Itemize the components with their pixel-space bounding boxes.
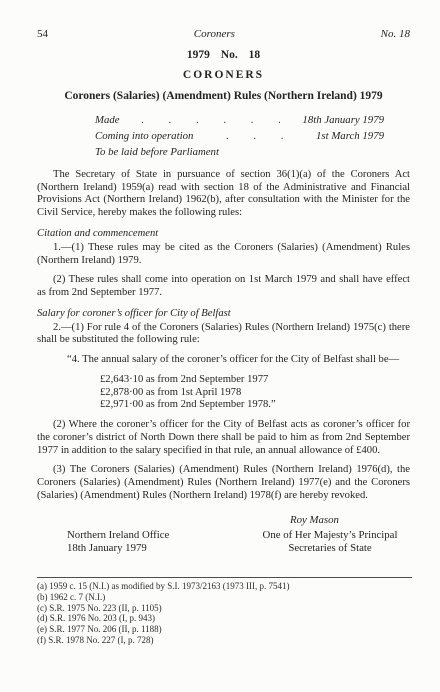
issuing-office: Northern Ireland Office 18th January 197…	[67, 529, 169, 555]
made-date: 18th January 1979	[302, 112, 384, 128]
meta-made-row: Made . . . . . . 18th January 1979	[95, 112, 384, 128]
subject-heading: CORONERS	[37, 69, 410, 81]
rule-title: Coroners (Salaries) (Amendment) Rules (N…	[37, 90, 410, 102]
section-salary-heading: Salary for coroner’s officer for City of…	[37, 307, 410, 320]
rule-2-3-paragraph: (3) The Coroners (Salaries) (Amendment) …	[37, 464, 410, 502]
signatory-name: Roy Mason	[252, 514, 377, 527]
operation-dot-leader: . . .	[193, 128, 316, 144]
document-content: 54 Coroners No. 18 1979 No. 18 CORONERS …	[0, 0, 440, 555]
year-number-heading: 1979 No. 18	[37, 49, 410, 61]
footnotes-block: (a) 1959 c. 15 (N.I.) as modified by S.I…	[37, 577, 412, 646]
signature-block: Roy Mason Northern Ireland Office 18th J…	[37, 514, 410, 555]
made-label: Made	[95, 112, 120, 128]
signature-detail-row: Northern Ireland Office 18th January 197…	[37, 529, 410, 555]
footnote: (e) S.R. 1977 No. 206 (II, p. 1188)	[37, 624, 412, 635]
section-salary: Salary for coroner’s officer for City of…	[37, 307, 410, 503]
footnote: (f) S.R. 1978 No. 227 (I, p. 728)	[37, 635, 412, 646]
running-header: 54 Coroners No. 18	[37, 28, 410, 40]
salary-item: £2,878·00 as from 1st April 1978	[100, 387, 410, 400]
section-citation-heading: Citation and commencement	[37, 227, 410, 240]
meta-block: Made . . . . . . 18th January 1979 Comin…	[95, 112, 384, 160]
signatory-title-line1: One of Her Majesty’s Principal	[250, 529, 410, 542]
footnote: (b) 1962 c. 7 (N.I.)	[37, 592, 412, 603]
signature-date: 18th January 1979	[67, 542, 169, 555]
salary-item: £2,643·10 as from 2nd September 1977	[100, 374, 410, 387]
preamble-paragraph: The Secretary of State in pursuance of s…	[37, 169, 410, 220]
laid-before-parliament-label: To be laid before Parliament	[95, 144, 219, 160]
issue-number: No. 18	[381, 28, 410, 40]
office-name: Northern Ireland Office	[67, 529, 169, 542]
footnote: (c) S.R. 1975 No. 223 (II, p. 1105)	[37, 603, 412, 614]
substituted-rule-intro: “4. The annual salary of the coroner’s o…	[51, 354, 410, 367]
footnote: (d) S.R. 1976 No. 203 (I, p. 943)	[37, 613, 412, 624]
page-number: 54	[37, 28, 48, 40]
document-page: 54 Coroners No. 18 1979 No. 18 CORONERS …	[0, 0, 440, 692]
made-dot-leader: . . . . . .	[120, 112, 303, 128]
salary-item: £2,971·00 as from 2nd September 1978.”	[100, 399, 410, 412]
rule-2-1-paragraph: 2.—(1) For rule 4 of the Coroners (Salar…	[37, 322, 410, 347]
signatory-title-line2: Secretaries of State	[250, 542, 410, 555]
meta-laid-row: To be laid before Parliament	[95, 144, 384, 160]
salary-list: £2,643·10 as from 2nd September 1977 £2,…	[100, 374, 410, 412]
footnote: (a) 1959 c. 15 (N.I.) as modified by S.I…	[37, 581, 412, 592]
rule-1-1-paragraph: 1.—(1) These rules may be cited as the C…	[37, 242, 410, 267]
coming-into-operation-label: Coming into operation	[95, 128, 193, 144]
section-citation: Citation and commencement 1.—(1) These r…	[37, 227, 410, 300]
rule-1-2-paragraph: (2) These rules shall come into operatio…	[37, 274, 410, 299]
operation-date: 1st March 1979	[316, 128, 384, 144]
meta-operation-row: Coming into operation . . . 1st March 19…	[95, 128, 384, 144]
running-title: Coroners	[194, 28, 235, 40]
signatory-title: One of Her Majesty’s Principal Secretari…	[250, 529, 410, 555]
rule-2-2-paragraph: (2) Where the coroner’s officer for the …	[37, 419, 410, 457]
